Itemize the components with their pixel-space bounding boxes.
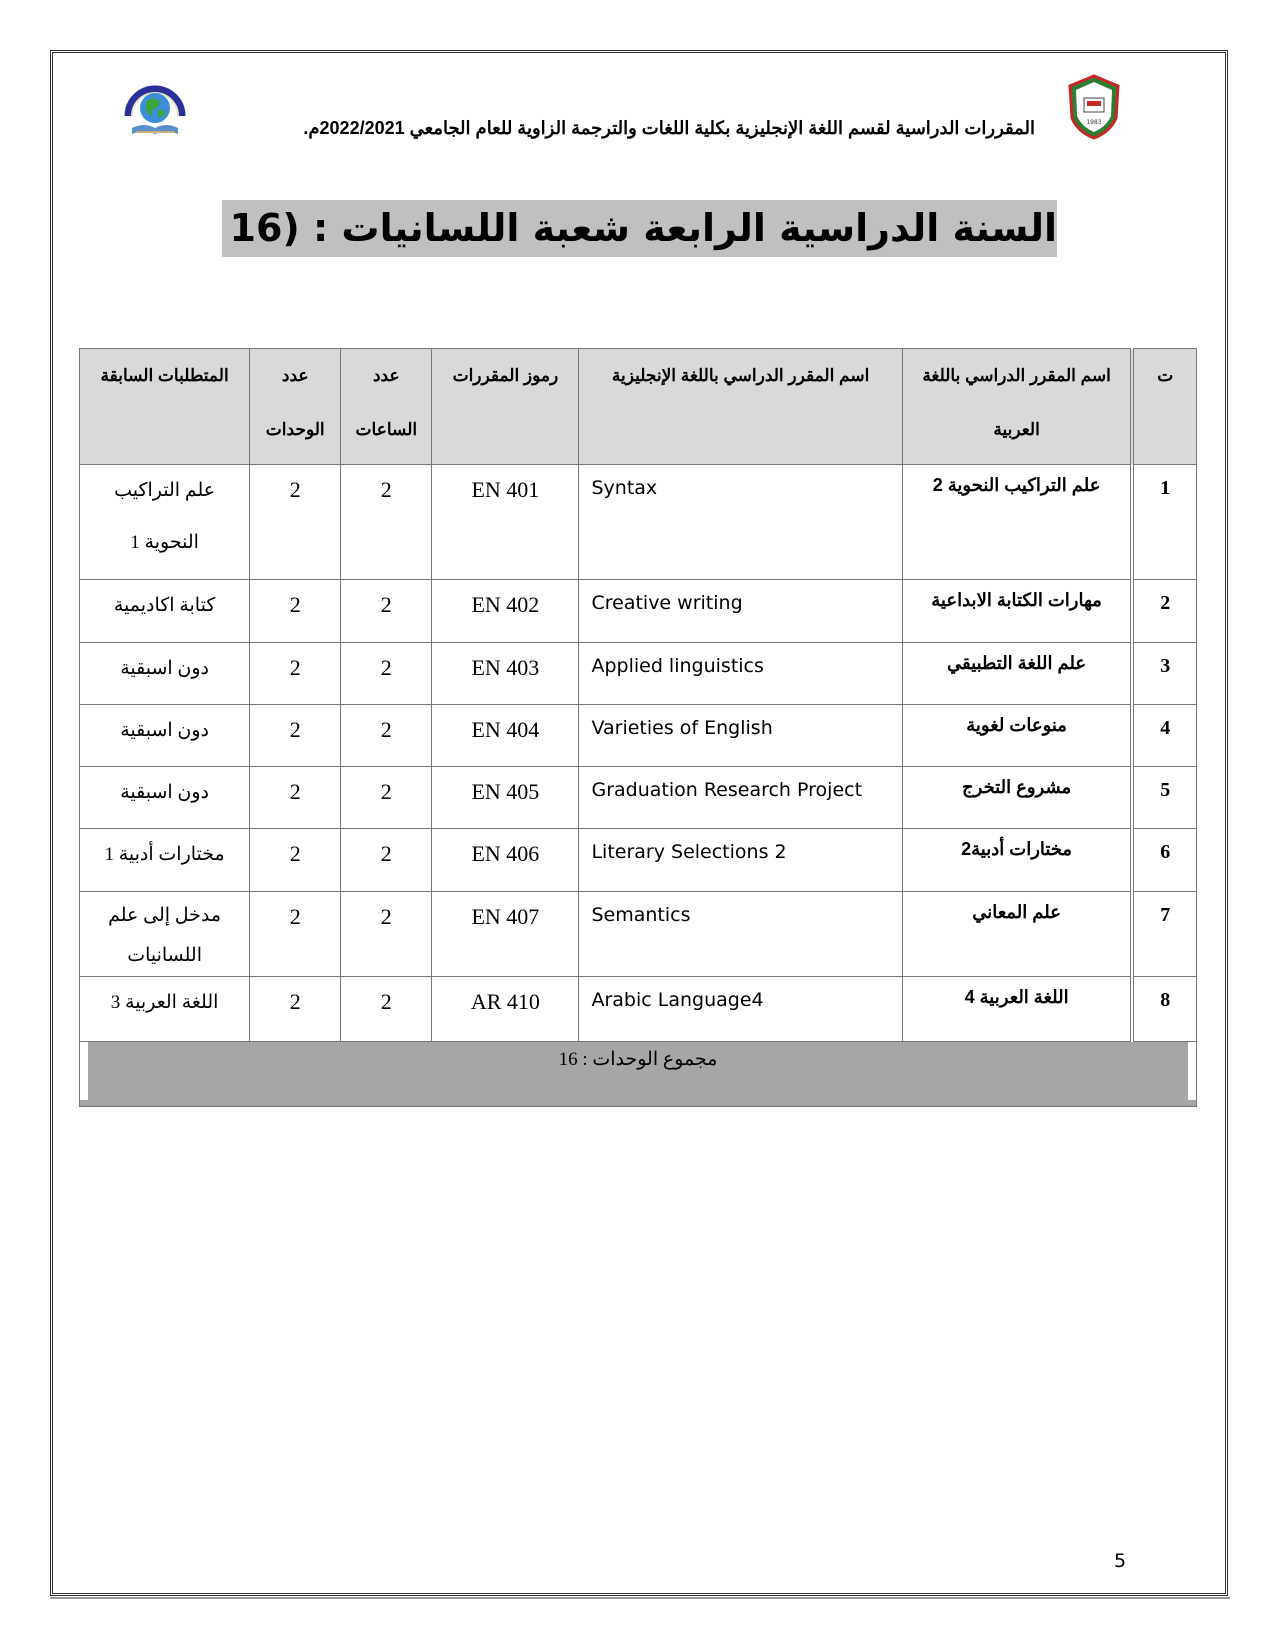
header-num: ت bbox=[1132, 349, 1196, 465]
header-hours: عدد الساعات bbox=[341, 349, 432, 465]
table-row: 8 اللغة العربية 4 Arabic Language4 AR 41… bbox=[80, 977, 1197, 1042]
row-hours: 2 bbox=[341, 892, 432, 977]
row-code: EN 406 bbox=[432, 829, 579, 892]
table-row: 1 علم التراكيب النحوية 2 Syntax EN 401 2… bbox=[80, 465, 1197, 580]
row-arabic-name: علم اللغة التطبيقي bbox=[902, 643, 1132, 705]
row-english-name: Varieties of English bbox=[579, 705, 902, 767]
row-num: 6 bbox=[1132, 829, 1196, 892]
row-num: 2 bbox=[1132, 580, 1196, 643]
row-hours: 2 bbox=[341, 643, 432, 705]
row-english-name: Syntax bbox=[579, 465, 902, 580]
total-row: مجموع الوحدات : 16 bbox=[80, 1042, 1197, 1107]
header-code: رموز المقررات bbox=[432, 349, 579, 465]
row-arabic-name: علم التراكيب النحوية 2 bbox=[902, 465, 1132, 580]
row-num: 3 bbox=[1132, 643, 1196, 705]
document-header: المقررات الدراسية لقسم اللغة الإنجليزية … bbox=[303, 118, 1035, 139]
row-english-name: Semantics bbox=[579, 892, 902, 977]
row-code: EN 405 bbox=[432, 767, 579, 829]
row-units: 2 bbox=[250, 643, 341, 705]
table-row: 2 مهارات الكتابة الابداعية Creative writ… bbox=[80, 580, 1197, 643]
row-num: 1 bbox=[1132, 465, 1196, 580]
row-hours: 2 bbox=[341, 465, 432, 580]
total-units-text: مجموع الوحدات : 16 bbox=[80, 1042, 1196, 1100]
table-header-row: ت اسم المقرر الدراسي باللغة العربية اسم … bbox=[80, 349, 1197, 465]
row-prereq: اللغة العربية 3 bbox=[80, 977, 250, 1042]
row-arabic-name: منوعات لغوية bbox=[902, 705, 1132, 767]
row-units: 2 bbox=[250, 767, 341, 829]
row-units: 2 bbox=[250, 829, 341, 892]
row-arabic-name: مهارات الكتابة الابداعية bbox=[902, 580, 1132, 643]
row-arabic-name: علم المعاني bbox=[902, 892, 1132, 977]
row-prereq: دون اسبقية bbox=[80, 767, 250, 829]
row-code: EN 404 bbox=[432, 705, 579, 767]
globe-book-logo bbox=[122, 76, 188, 140]
table-row: 7 علم المعاني Semantics EN 407 2 2 مدخل … bbox=[80, 892, 1197, 977]
row-hours: 2 bbox=[341, 580, 432, 643]
row-arabic-name: مختارات أدبية2 bbox=[902, 829, 1132, 892]
row-code: EN 403 bbox=[432, 643, 579, 705]
table-row: 5 مشروع التخرج Graduation Research Proje… bbox=[80, 767, 1197, 829]
row-arabic-name: اللغة العربية 4 bbox=[902, 977, 1132, 1042]
row-english-name: Graduation Research Project bbox=[579, 767, 902, 829]
table-row: 3 علم اللغة التطبيقي Applied linguistics… bbox=[80, 643, 1197, 705]
row-prereq: دون اسبقية bbox=[80, 705, 250, 767]
header-arabic-name: اسم المقرر الدراسي باللغة العربية bbox=[902, 349, 1132, 465]
row-hours: 2 bbox=[341, 767, 432, 829]
row-hours: 2 bbox=[341, 705, 432, 767]
row-hours: 2 bbox=[341, 829, 432, 892]
table-row: 4 منوعات لغوية Varieties of English EN 4… bbox=[80, 705, 1197, 767]
row-units: 2 bbox=[250, 465, 341, 580]
header-units: عدد الوحدات bbox=[250, 349, 341, 465]
row-code: EN 407 bbox=[432, 892, 579, 977]
row-units: 2 bbox=[250, 580, 341, 643]
row-num: 8 bbox=[1132, 977, 1196, 1042]
row-english-name: Arabic Language4 bbox=[579, 977, 902, 1042]
table-row: 6 مختارات أدبية2 Literary Selections 2 E… bbox=[80, 829, 1197, 892]
row-prereq: كتابة اكاديمية bbox=[80, 580, 250, 643]
row-code: EN 401 bbox=[432, 465, 579, 580]
row-num: 5 bbox=[1132, 767, 1196, 829]
row-code: AR 410 bbox=[432, 977, 579, 1042]
row-units: 2 bbox=[250, 705, 341, 767]
row-english-name: Applied linguistics bbox=[579, 643, 902, 705]
row-num: 7 bbox=[1132, 892, 1196, 977]
row-english-name: Creative writing bbox=[579, 580, 902, 643]
row-english-name: Literary Selections 2 bbox=[579, 829, 902, 892]
row-hours: 2 bbox=[341, 977, 432, 1042]
page-title: السنة الدراسية الرابعة شعبة اللسانيات : … bbox=[222, 200, 1057, 257]
row-num: 4 bbox=[1132, 705, 1196, 767]
header-english-name: اسم المقرر الدراسي باللغة الإنجليزية bbox=[579, 349, 902, 465]
row-prereq: مدخل إلى علم اللسانيات bbox=[80, 892, 250, 977]
header-prereq: المتطلبات السابقة bbox=[80, 349, 250, 465]
svg-text:1983: 1983 bbox=[1086, 119, 1101, 126]
row-prereq: دون اسبقية bbox=[80, 643, 250, 705]
row-prereq: علم التراكيب النحوية 1 bbox=[80, 465, 250, 580]
total-units: مجموع الوحدات : 16 bbox=[80, 1042, 1197, 1107]
row-units: 2 bbox=[250, 977, 341, 1042]
courses-table: ت اسم المقرر الدراسي باللغة العربية اسم … bbox=[79, 348, 1197, 1107]
row-units: 2 bbox=[250, 892, 341, 977]
row-arabic-name: مشروع التخرج bbox=[902, 767, 1132, 829]
row-prereq: مختارات أدبية 1 bbox=[80, 829, 250, 892]
page-number: 5 bbox=[1114, 1550, 1126, 1572]
university-shield-logo: 1983 bbox=[1066, 74, 1122, 140]
row-code: EN 402 bbox=[432, 580, 579, 643]
